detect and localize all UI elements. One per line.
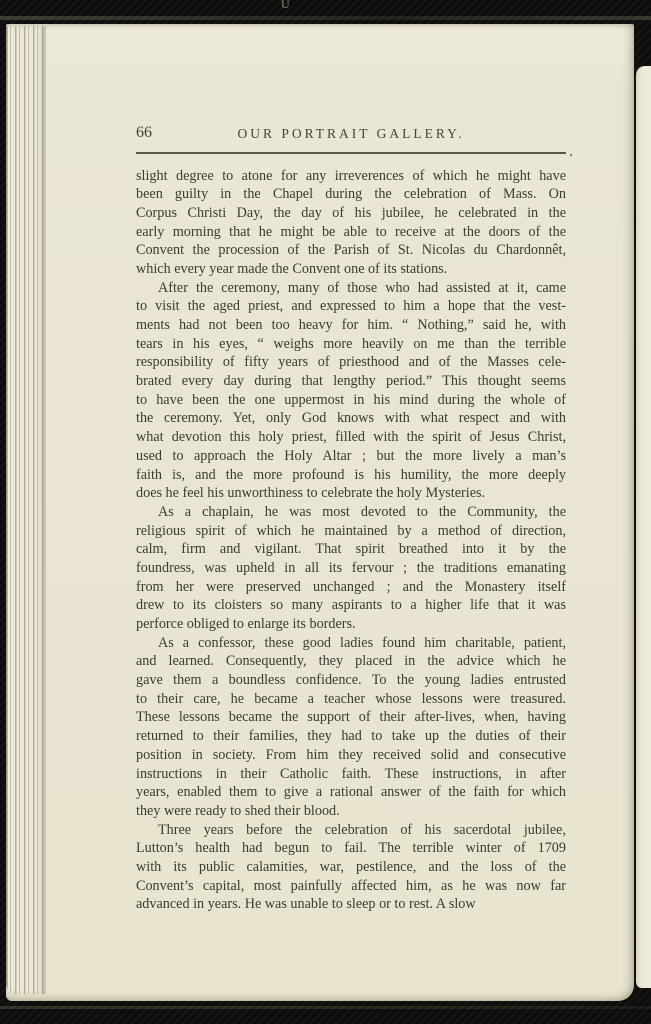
- page-stack-edges: [6, 26, 46, 994]
- text-line: does he feel his unworthiness to celebra…: [136, 484, 566, 503]
- text-line: instructions in their Catholic faith. Th…: [136, 765, 566, 784]
- text-line: what devotion this holy priest, filled w…: [136, 428, 566, 447]
- text-line: As a confessor, these good ladies found …: [136, 634, 566, 653]
- text-line: to visit the aged priest, and expressed …: [136, 297, 566, 316]
- text-line: brated every day during that lengthy per…: [136, 372, 566, 391]
- text-line: responsibility of fifty years of priesth…: [136, 353, 566, 372]
- text-line: After the ceremony, many of those who ha…: [136, 279, 566, 298]
- text-line: years, enabled them to give a rational a…: [136, 783, 566, 802]
- text-line: Corpus Christi Day, the day of his jubil…: [136, 204, 566, 223]
- running-header-title: OUR PORTRAIT GALLERY.: [136, 126, 566, 142]
- text-line: As a chaplain, he was most devoted to th…: [136, 503, 566, 522]
- text-line: from her were preserved unchanged ; and …: [136, 578, 566, 597]
- text-line: Three years before the celebration of hi…: [136, 821, 566, 840]
- text-line: the ceremony. Yet, only God knows with w…: [136, 409, 566, 428]
- text-line: perforce obliged to enlarge its borders.: [136, 615, 566, 634]
- scan-background: { "scan": { "top_mark": "U" }, "colors":…: [0, 0, 651, 1024]
- scan-bottom-glare: [0, 1006, 651, 1009]
- text-line: and learned. Consequently, they placed i…: [136, 652, 566, 671]
- scan-top-glare: [0, 16, 651, 20]
- adjacent-page-edge: [636, 66, 651, 988]
- text-line: they were ready to shed their blood.: [136, 802, 566, 821]
- scan-edge-mark: U: [281, 0, 290, 10]
- text-line: ments had not been too heavy for him. “ …: [136, 316, 566, 335]
- text-line: which every year made the Convent one of…: [136, 260, 566, 279]
- book-page: 66 OUR PORTRAIT GALLERY. slight degree t…: [6, 24, 634, 1001]
- text-line: position in society. From him they recei…: [136, 746, 566, 765]
- text-line: Convent’s capital, most painfully affect…: [136, 877, 566, 896]
- text-line: returned to their families, they had to …: [136, 727, 566, 746]
- paragraph: Three years before the celebration of hi…: [136, 821, 566, 914]
- text-line: been guilty in the Chapel during the cel…: [136, 185, 566, 204]
- paragraph: As a chaplain, he was most devoted to th…: [136, 503, 566, 634]
- text-line: advanced in years. He was unable to slee…: [136, 895, 566, 914]
- text-line: faith is, and the more profound is his h…: [136, 466, 566, 485]
- text-line: to their care, he became a teacher whose…: [136, 690, 566, 709]
- text-line: drew to its cloisters so many aspirants …: [136, 596, 566, 615]
- text-line: calm, firm and vigilant. That spirit bre…: [136, 540, 566, 559]
- text-line: Convent the procession of the Parish of …: [136, 241, 566, 260]
- text-line: early morning that he might be able to r…: [136, 223, 566, 242]
- header-rule: [136, 152, 566, 154]
- text-line: used to approach the Holy Altar ; but th…: [136, 447, 566, 466]
- text-line: Lutton’s health had begun to fail. The t…: [136, 839, 566, 858]
- text-line: foundress, was upheld in all its fervour…: [136, 559, 566, 578]
- paragraph: After the ceremony, many of those who ha…: [136, 279, 566, 503]
- page-content: 66 OUR PORTRAIT GALLERY. slight degree t…: [136, 118, 566, 914]
- text-line: tears in his eyes, “ weighs more heavily…: [136, 335, 566, 354]
- running-header: 66 OUR PORTRAIT GALLERY.: [136, 118, 566, 152]
- text-block: slight degree to atone for any irreveren…: [136, 167, 566, 915]
- text-line: These lessons became the support of thei…: [136, 708, 566, 727]
- text-line: with its public calamities, war, pestile…: [136, 858, 566, 877]
- text-line: religious spirit of which he maintained …: [136, 522, 566, 541]
- paragraph: slight degree to atone for any irreveren…: [136, 167, 566, 279]
- paragraph: As a confessor, these good ladies found …: [136, 634, 566, 821]
- text-line: to have been the one uppermost in his mi…: [136, 391, 566, 410]
- text-line: slight degree to atone for any irreveren…: [136, 167, 566, 186]
- text-line: gave them a boundless confidence. To the…: [136, 671, 566, 690]
